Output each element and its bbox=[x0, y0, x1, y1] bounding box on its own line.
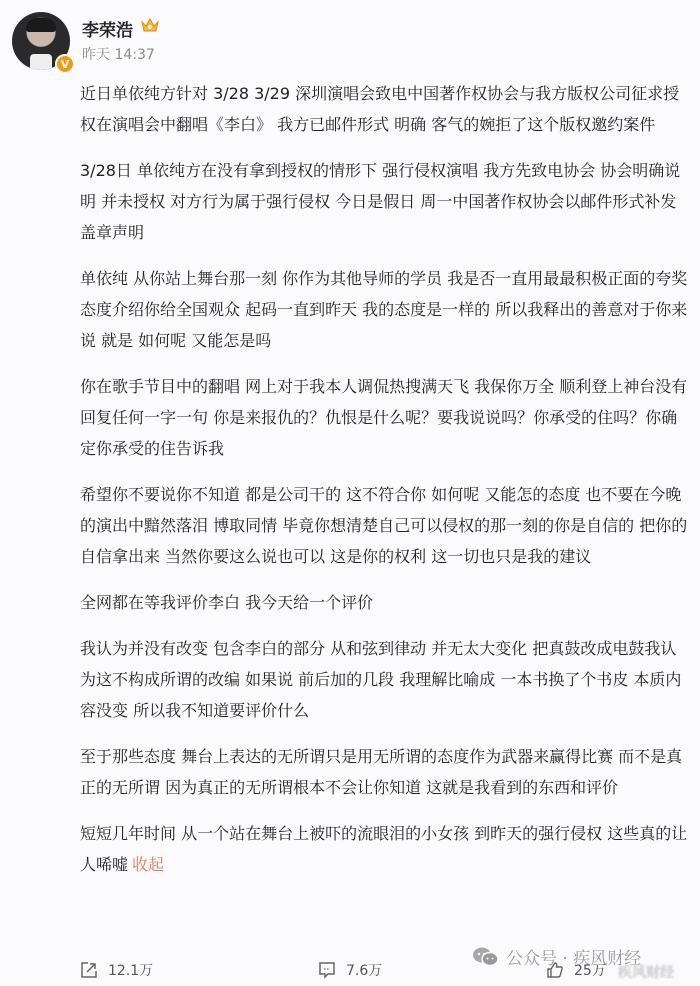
post-paragraph: 至于那些态度 舞台上表达的无所谓只是用无所谓的态度作为武器来赢得比赛 而不是真正… bbox=[80, 741, 692, 803]
comment-icon bbox=[318, 961, 336, 979]
like-count: 25万 bbox=[574, 960, 606, 980]
post-paragraph: 近日单依纯方针对 3/28 3/29 深圳演唱会致电中国著作权协会与我方版权公司… bbox=[80, 78, 692, 140]
post-paragraph: 你在歌手节目中的翻唱 网上对于我本人调侃热搜满天飞 我保你万全 顺利登上神台没有… bbox=[80, 371, 692, 464]
watermark-secondary: 疾风财经 bbox=[618, 962, 674, 982]
repost-button[interactable]: 12.1万 bbox=[80, 960, 153, 980]
repost-count: 12.1万 bbox=[108, 960, 153, 980]
post-paragraph: 希望你不要说你不知道 都是公司干的 这不符合你 如何呢 又能怎的态度 也不要在今… bbox=[80, 479, 692, 572]
author-name[interactable]: 李荣浩 bbox=[82, 16, 133, 41]
thumbs-up-icon bbox=[546, 961, 564, 979]
verified-badge-icon: V bbox=[55, 54, 75, 74]
like-button[interactable]: 25万 bbox=[546, 960, 606, 980]
avatar-shirt bbox=[30, 54, 52, 70]
post-paragraph: 全网都在等我评价李白 我今天给一个评价 bbox=[80, 587, 692, 618]
post-paragraph-text: 短短几年时间 从一个站在舞台上被吓的流眼泪的小女孩 到昨天的强行侵权 这些真的让… bbox=[80, 824, 687, 874]
action-bar: 12.1万 7.6万 25万 bbox=[0, 958, 700, 986]
comment-count: 7.6万 bbox=[346, 960, 382, 980]
post-timestamp: 昨天 14:37 bbox=[82, 44, 155, 64]
comment-button[interactable]: 7.6万 bbox=[318, 960, 382, 980]
post-paragraph: 单依纯 从你站上舞台那一刻 你作为其他导师的学员 我是否一直用最最积极正面的夸奖… bbox=[80, 263, 692, 356]
collapse-link[interactable]: 收起 bbox=[132, 855, 164, 874]
post-paragraph-last: 短短几年时间 从一个站在舞台上被吓的流眼泪的小女孩 到昨天的强行侵权 这些真的让… bbox=[80, 818, 692, 880]
repost-icon bbox=[80, 961, 98, 979]
post-paragraph: 我认为并没有改变 包含李白的部分 从和弦到律动 并无太大变化 把真鼓改成电鼓我认… bbox=[80, 633, 692, 726]
post-paragraph: 3/28日 单依纯方在没有拿到授权的情形下 强行侵权演唱 我方先致电协会 协会明… bbox=[80, 155, 692, 248]
avatar-hair bbox=[26, 18, 56, 32]
crown-icon bbox=[140, 16, 160, 34]
post-header: V 李荣浩 昨天 14:37 bbox=[12, 10, 692, 72]
post-body: 近日单依纯方针对 3/28 3/29 深圳演唱会致电中国著作权协会与我方版权公司… bbox=[80, 78, 692, 895]
